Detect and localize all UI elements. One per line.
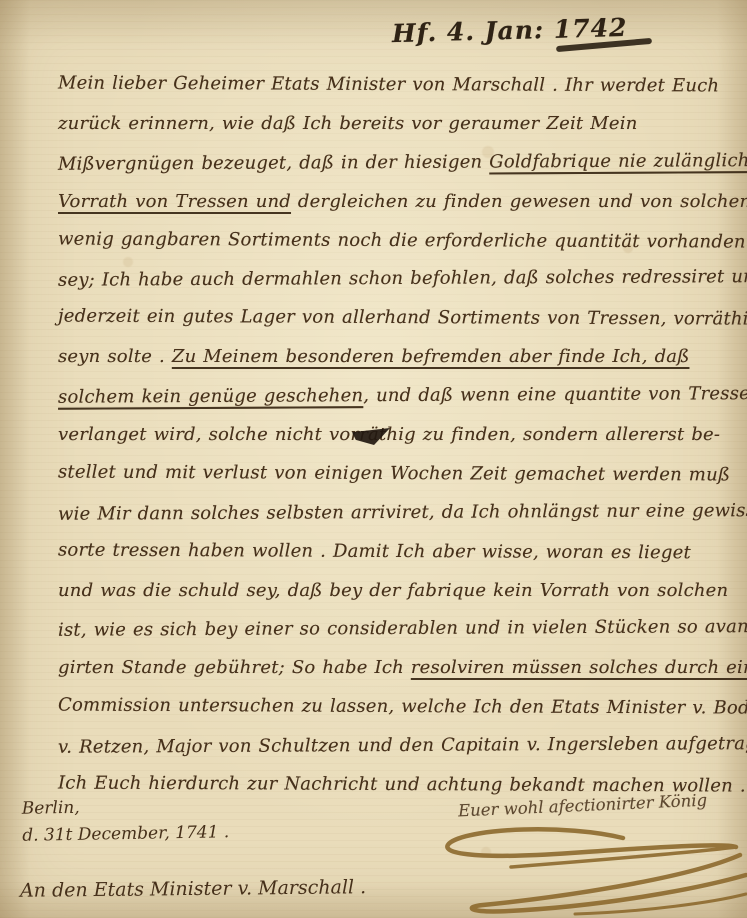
body-line-text: Mißvergnügen bezeuget, daß in der hiesig… — [58, 151, 489, 174]
body-line: verlanget wird, solche nicht vorräthig z… — [58, 416, 723, 455]
body-line: zurück erinnern, wie daß Ich bereits vor… — [58, 105, 723, 144]
body-line-text: zurück erinnern, wie daß Ich bereits vor… — [58, 113, 638, 134]
underlined-phrase: Vorrath von Tressen und — [58, 191, 291, 212]
royal-signature-flourish — [425, 820, 747, 918]
body-line-text: dergleichen zu finden gewesen und von so… — [291, 191, 747, 212]
body-line: Commission untersuchen zu lassen, welche… — [58, 687, 723, 729]
body-line: wenig gangbaren Sortiments noch die erfo… — [58, 220, 723, 262]
body-line: jederzeit ein gutes Lager von allerhand … — [58, 298, 723, 340]
body-line: v. Retzen, Major von Schultzen und den C… — [58, 725, 723, 767]
underlined-phrase: solchem kein genüge geschehen — [58, 385, 363, 408]
body-line: seyn solte . Zu Meinem besonderen befrem… — [58, 338, 723, 377]
body-line-text: , und daß wenn eine quantite von Tressen — [363, 383, 747, 406]
letter-body: Mein lieber Geheimer Etats Minister von … — [58, 66, 723, 805]
underlined-phrase: Goldfabrique nie zulänglicher — [489, 150, 747, 172]
body-line-text: v. Retzen, Major von Schultzen und den C… — [58, 733, 747, 758]
body-line: und was die schuld sey, daß bey der fabr… — [58, 572, 723, 611]
body-line: wie Mir dann solches selbsten arriviret,… — [58, 492, 723, 534]
body-line: Mißvergnügen bezeuget, daß in der hiesig… — [58, 142, 723, 184]
letter-page: Hf. 4. Jan: 1742 Mein lieber Geheimer Et… — [0, 0, 747, 918]
body-line-text: wenig gangbaren Sortiments noch die erfo… — [58, 228, 746, 252]
body-line-text: sorte tressen haben wollen . Damit Ich a… — [58, 539, 691, 563]
body-line-text: wie Mir dann solches selbsten arriviret,… — [58, 500, 747, 525]
body-line-text: Commission untersuchen zu lassen, welche… — [58, 695, 747, 720]
body-line-text: verlanget wird, solche nicht vorräthig z… — [58, 424, 720, 445]
body-line: sorte tressen haben wollen . Damit Ich a… — [58, 531, 723, 573]
body-line: sey; Ich habe auch dermahlen schon befoh… — [58, 259, 723, 301]
body-line: Vorrath von Tressen und dergleichen zu f… — [58, 183, 723, 222]
body-line: Mein lieber Geheimer Etats Minister von … — [58, 65, 723, 107]
dateline-place: Berlin, — [22, 792, 229, 823]
underlined-phrase: Zu Meinem besonderen befremden aber find… — [172, 346, 690, 367]
body-line-text: seyn solte . — [58, 346, 172, 367]
body-line: ist, wie es sich bey einer so considerab… — [58, 609, 723, 651]
dateline-date: d. 31t December, 1741 . — [22, 819, 229, 850]
body-line-text: und was die schuld sey, daß bey der fabr… — [58, 580, 728, 601]
body-line-text: jederzeit ein gutes Lager von allerhand … — [58, 306, 747, 330]
address-line: An den Etats Minister v. Marschall . — [20, 876, 366, 902]
underlined-phrase: resolviren müssen solches durch eine — [411, 657, 747, 678]
body-line-text: girten Stande gebühret; So habe Ich — [58, 657, 411, 678]
body-line-text: ist, wie es sich bey einer so considerab… — [58, 616, 747, 641]
body-line: girten Stande gebühret; So habe Ich reso… — [58, 649, 723, 688]
dateline: Berlin, d. 31t December, 1741 . — [22, 792, 230, 850]
body-line-text: Mein lieber Geheimer Etats Minister von … — [58, 73, 719, 97]
body-line: solchem kein genüge geschehen, und daß w… — [58, 375, 723, 417]
body-line-text: sey; Ich habe auch dermahlen schon befoh… — [58, 266, 747, 291]
body-line: stellet und mit verlust von einigen Woch… — [58, 453, 723, 495]
body-line-text: stellet und mit verlust von einigen Woch… — [58, 461, 730, 485]
